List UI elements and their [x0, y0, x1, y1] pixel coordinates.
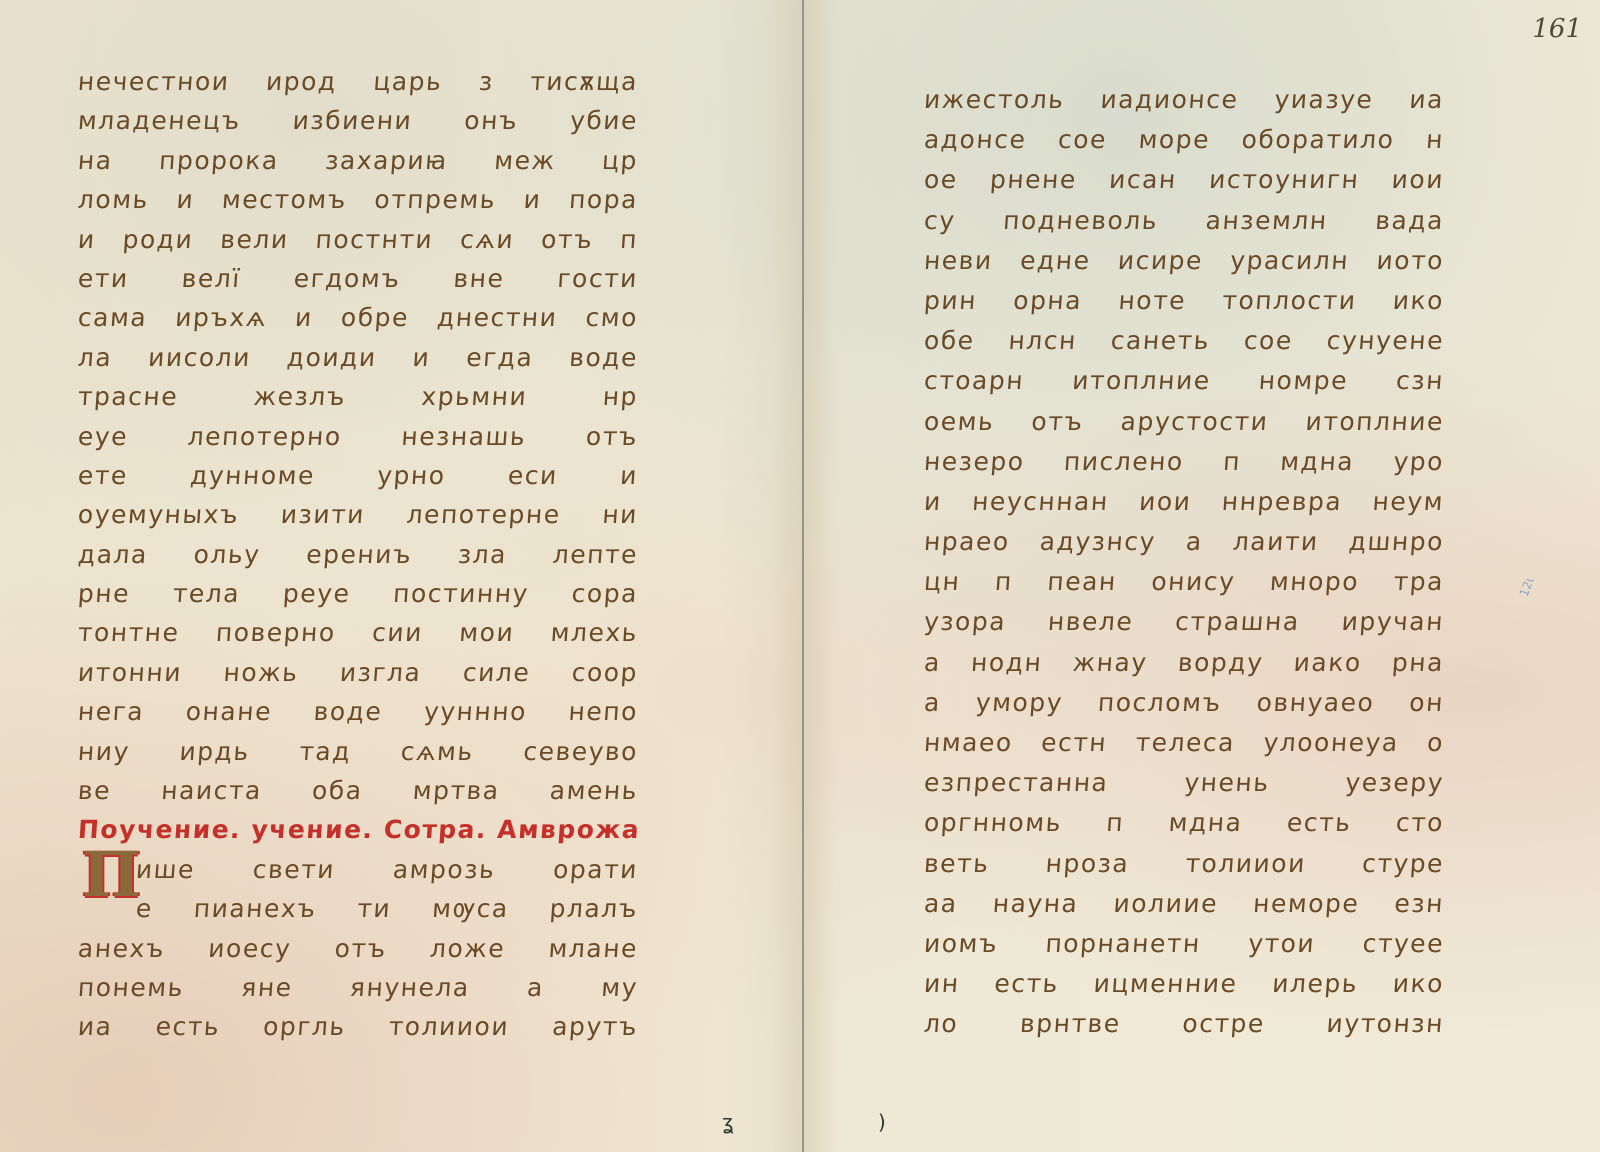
text-line: ин есть ицменние илерь ико — [923, 964, 1446, 1004]
text-line: ве наиста оба мртва амень — [77, 771, 640, 810]
text-line: трасне жезлъ хрьмни нр — [77, 377, 640, 416]
text-line: су подневоль анземлн вада — [923, 201, 1446, 241]
left-page-text: нечестнои ирод царь з тисѫща младенецъ и… — [78, 62, 638, 1047]
text-line: ети велї егдомъ вне гости — [77, 259, 640, 298]
text-line: а умору посломъ овнуаео он — [923, 683, 1446, 723]
text-line: на пророка захариꙗ меж цр — [77, 141, 640, 180]
text-line: рин орна ноте топлости ико — [923, 281, 1446, 321]
text-line: узора нвеле страшна иручан — [923, 602, 1446, 642]
text-line: ниу ирдь тад сѧмь севеуво — [77, 732, 640, 771]
text-line: нраео адузнсу а лаити дшнро — [923, 522, 1446, 562]
folio-number: 161 — [1532, 14, 1582, 44]
text-line: иа есть оргль толииои арутъ — [77, 1007, 640, 1046]
text-line: ломь и местомъ отпремь и пора — [77, 180, 640, 219]
text-line: ло врнтве остре иутонзн — [923, 1004, 1446, 1044]
text-line: рне тела реуе постинну сора — [77, 574, 640, 613]
text-line: обе нлсн санеть сое сунуене — [923, 321, 1446, 361]
text-line: езпрестанна унень уезеру — [923, 763, 1446, 803]
text-line: аа науна иолиие неморе езн — [923, 884, 1446, 924]
text-line: оемь отъ арустости итоплние — [923, 402, 1446, 442]
text-line: неви едне исире урасилн иото — [923, 241, 1446, 281]
text-line: нечестнои ирод царь з тисѫща — [77, 62, 640, 101]
text-line: нмаео естн телеса улоонеуа о — [923, 723, 1446, 763]
text-line: тонтне поверно сии мои млехь — [77, 613, 640, 652]
text-line: ете дунноме урно еси и — [77, 456, 640, 495]
text-line: цн п пеан онису мноро тра — [923, 562, 1446, 602]
text-line: оуемуныхъ изити лепотерне ни — [77, 495, 640, 534]
text-line: оргнномь п мдна есть сто — [923, 803, 1446, 843]
text-line: ла иисоли доиди и егда воде — [77, 338, 640, 377]
text-line: итонни ножь изгла силе соор — [77, 653, 640, 692]
decorated-initial: П — [82, 845, 154, 905]
manuscript-spread: нечестнои ирод царь з тисѫща младенецъ и… — [0, 0, 1600, 1152]
text-line: еуе лепотерно незнашь отъ — [77, 417, 640, 456]
left-page: нечестнои ирод царь з тисѫща младенецъ и… — [0, 0, 803, 1152]
text-line: и роди вели постнти сѧи отъ п — [77, 220, 640, 259]
text-line: ише свети амрозь орати — [77, 850, 640, 889]
text-line: понемь яне янунела а му — [77, 968, 640, 1007]
text-line: анехъ иоесу отъ ложе млане — [77, 929, 640, 968]
text-line: е пианехъ ти мѹса рлалъ — [77, 889, 640, 928]
right-page-text: ижестоль иадионсе уиазуе иа адонсе сое м… — [924, 80, 1444, 1045]
binding-stitch-mark: ʓ — [722, 1110, 734, 1134]
text-line: адонсе сое море оборатило н — [923, 120, 1446, 160]
text-line: сама иръхѧ и обре днестни смо — [77, 298, 640, 337]
text-line: стоарн итоплние номре сзн — [923, 361, 1446, 401]
text-line: нега онане воде ууннно непо — [77, 692, 640, 731]
right-page: ижестоль иадионсе уиазуе иа адонсе сое м… — [804, 0, 1600, 1152]
text-line: ое рнене исан истоунигн иои — [923, 160, 1446, 200]
text-line: ижестоль иадионсе уиазуе иа — [923, 80, 1446, 120]
rubric-heading: Поучение. учение. Сотра. Амврожа. — [77, 810, 640, 849]
text-line: младенецъ избиени онъ убие — [77, 101, 640, 140]
text-line: а нодн жнау ворду иако рна — [923, 643, 1446, 683]
text-line: иомъ порнанетн утои стуее — [923, 924, 1446, 964]
text-line: дала ольу ерениъ зла лепте — [77, 535, 640, 574]
text-line: незеро пислено п мдна уро — [923, 442, 1446, 482]
binding-stitch-mark: ) — [878, 1110, 886, 1134]
text-line: и неусннан иои ннревра неум — [923, 482, 1446, 522]
text-line: веть нроза толииои стуре — [923, 844, 1446, 884]
